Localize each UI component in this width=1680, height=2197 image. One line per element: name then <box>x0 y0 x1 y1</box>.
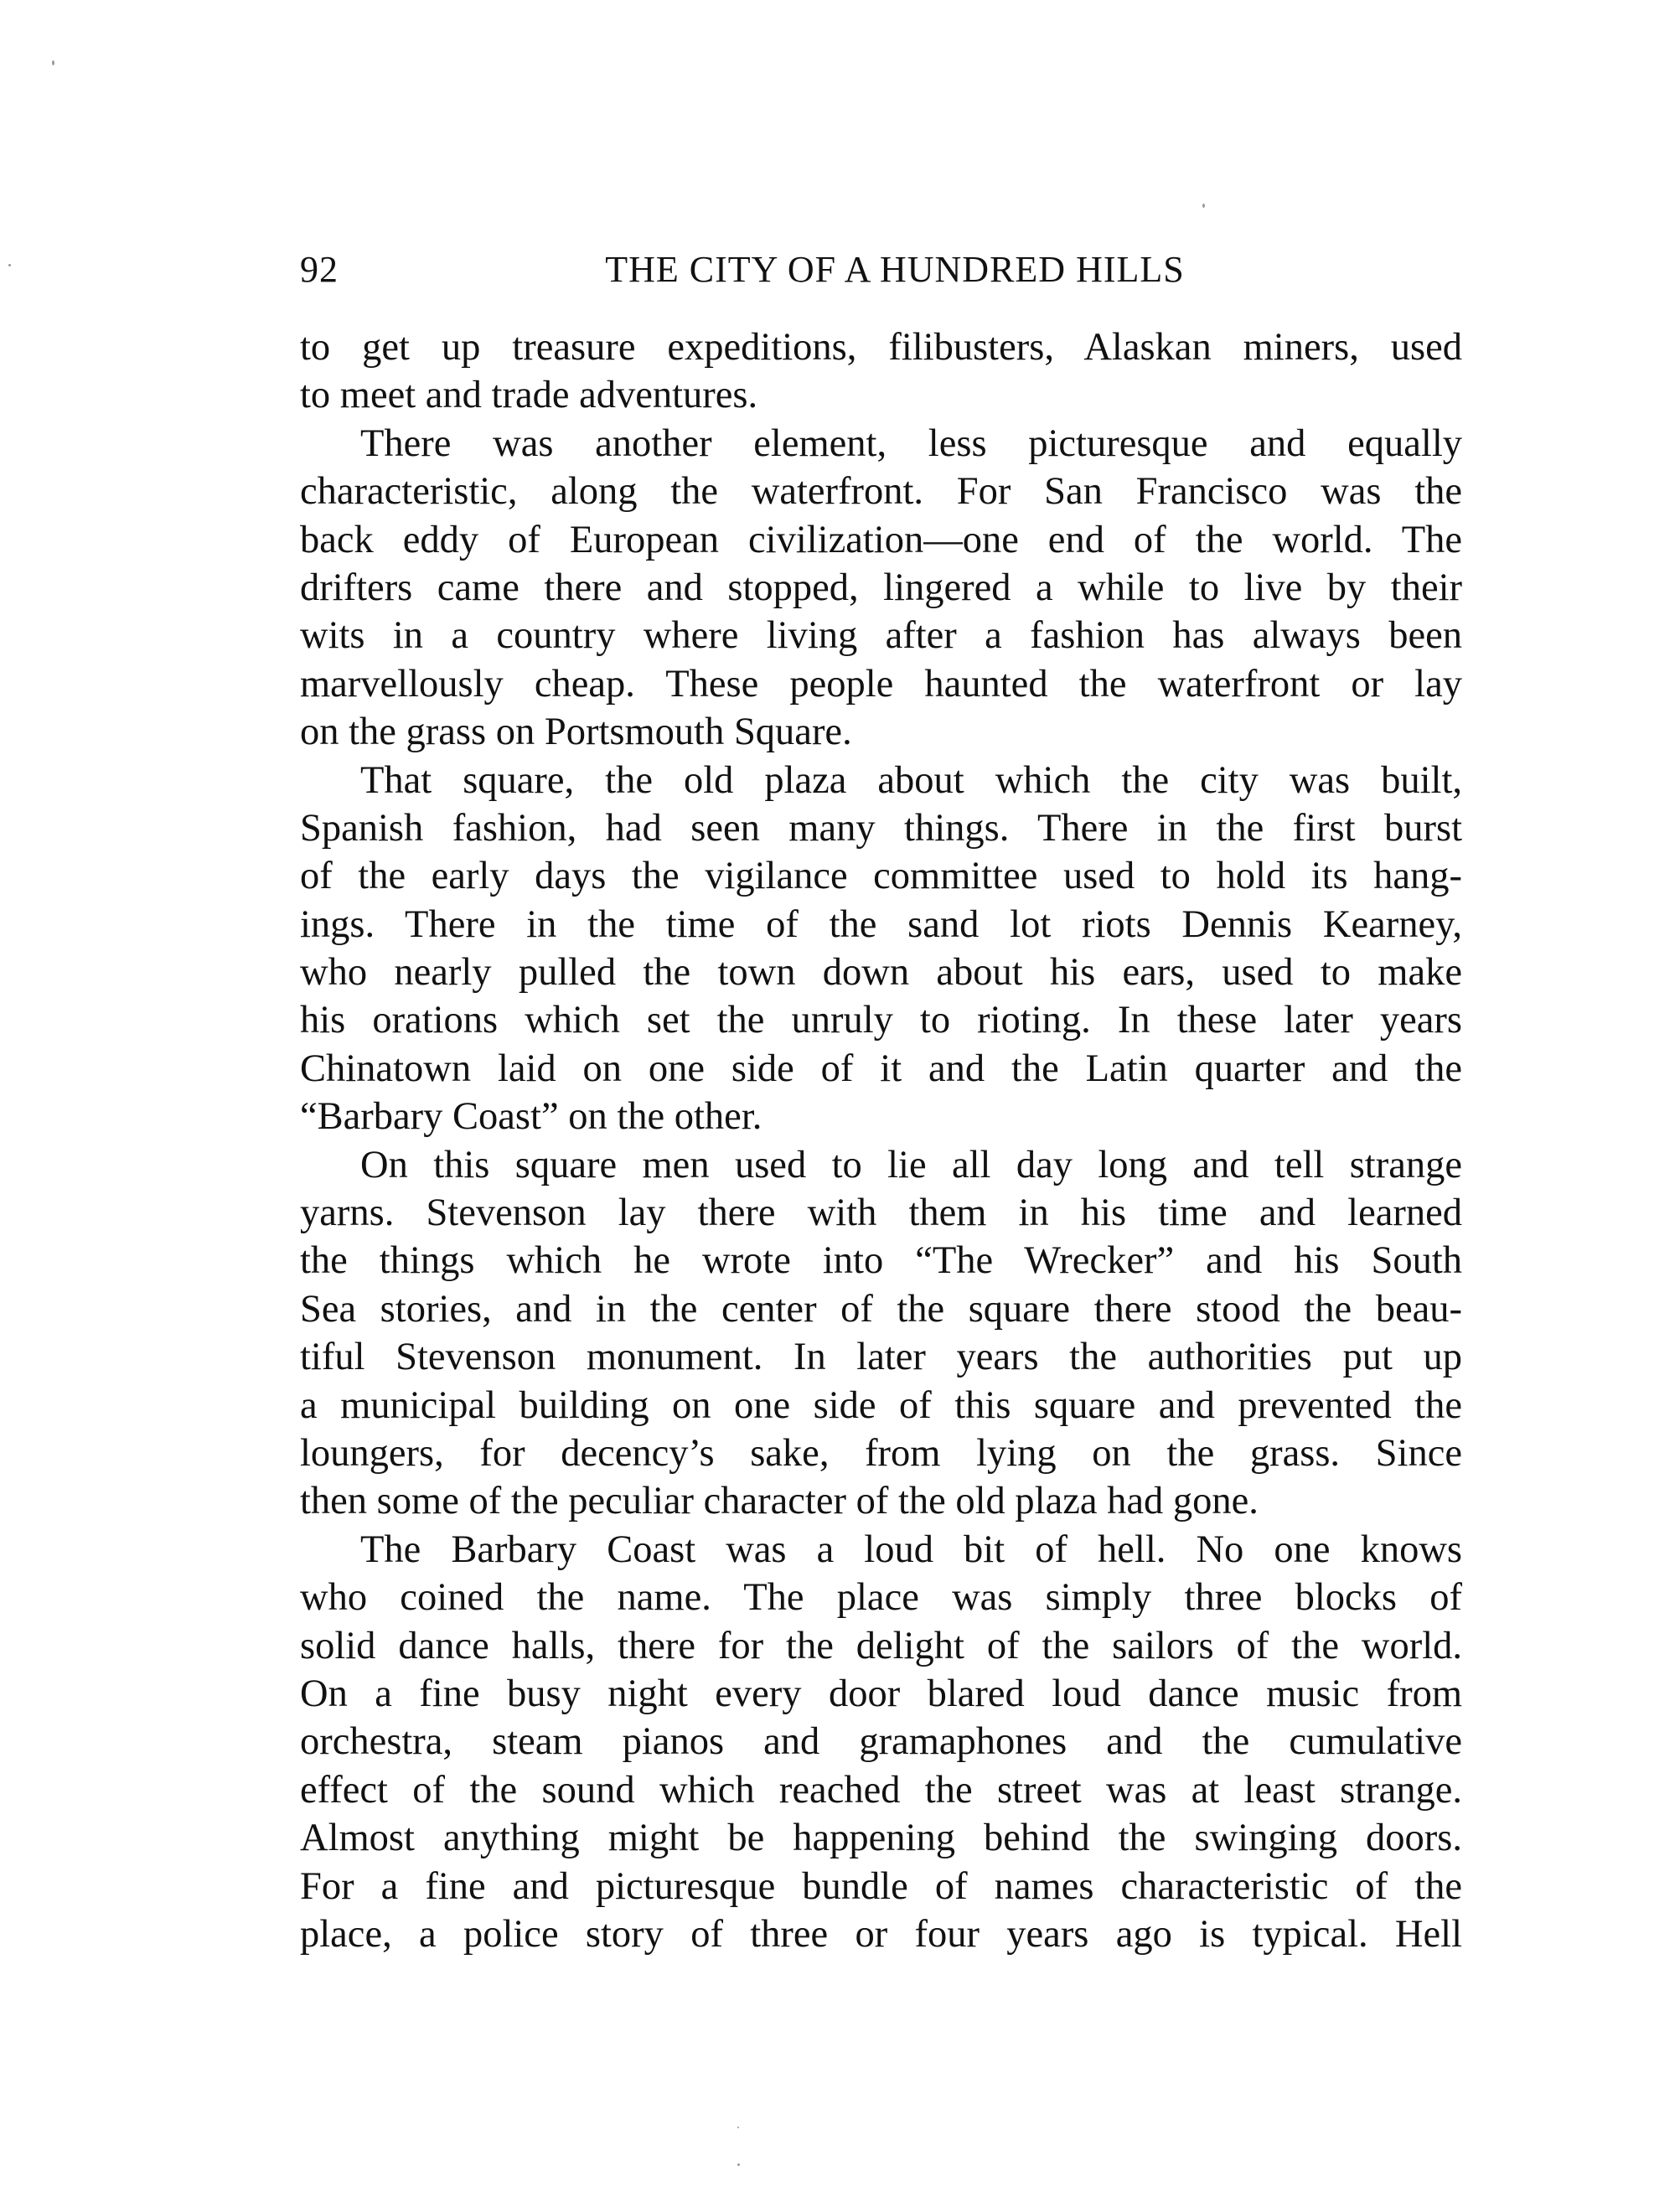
text-line: There was another element, less pictures… <box>300 420 1462 468</box>
paragraph: On this square men used to lie all day l… <box>300 1141 1462 1526</box>
text-line: to get up treasure expeditions, filibust… <box>300 323 1462 371</box>
text-line: Sea stories, and in the center of the sq… <box>300 1285 1462 1333</box>
running-head: 92 THE CITY OF A HUNDRED HILLS <box>300 245 1465 295</box>
scan-speck <box>52 60 54 65</box>
scan-speck <box>1202 204 1205 208</box>
text-line: Spanish fashion, had seen many things. T… <box>300 804 1462 852</box>
text-line: “Barbary Coast” on the other. <box>300 1093 1462 1140</box>
paragraph: That square, the old plaza about which t… <box>300 757 1462 1141</box>
text-line: That square, the old plaza about which t… <box>300 757 1462 804</box>
text-line: On this square men used to lie all day l… <box>300 1141 1462 1189</box>
text-line: back eddy of European civilization—one e… <box>300 516 1462 564</box>
text-line: The Barbary Coast was a loud bit of hell… <box>300 1526 1462 1574</box>
text-line: who coined the name. The place was simpl… <box>300 1574 1462 1621</box>
text-line: Chinatown laid on one side of it and the… <box>300 1045 1462 1093</box>
paragraph: There was another element, less pictures… <box>300 420 1462 757</box>
text-line: his orations which set the unruly to rio… <box>300 996 1462 1044</box>
text-line: On a fine busy night every door blared l… <box>300 1670 1462 1718</box>
text-line: ings. There in the time of the sand lot … <box>300 901 1462 949</box>
text-line: For a fine and picturesque bundle of nam… <box>300 1863 1462 1910</box>
paragraph: The Barbary Coast was a loud bit of hell… <box>300 1526 1462 1959</box>
text-line: place, a police story of three or four y… <box>300 1910 1462 1958</box>
text-line: wits in a country where living after a f… <box>300 612 1462 659</box>
text-line: a municipal building on one side of this… <box>300 1382 1462 1429</box>
text-line: Almost anything might be happening behin… <box>300 1814 1462 1862</box>
body-text: to get up treasure expeditions, filibust… <box>300 323 1462 1958</box>
text-line: yarns. Stevenson lay there with them in … <box>300 1189 1462 1237</box>
paragraph: to get up treasure expeditions, filibust… <box>300 323 1462 420</box>
text-line: to meet and trade adventures. <box>300 371 1462 419</box>
text-line: of the early days the vigilance committe… <box>300 852 1462 900</box>
text-line: effect of the sound which reached the st… <box>300 1766 1462 1814</box>
scan-speck <box>737 2127 739 2128</box>
scan-speck <box>8 264 11 266</box>
text-line: solid dance halls, there for the delight… <box>300 1622 1462 1670</box>
text-line: characteristic, along the waterfront. Fo… <box>300 468 1462 515</box>
text-line: tiful Stevenson monument. In later years… <box>300 1333 1462 1381</box>
text-line: on the grass on Portsmouth Square. <box>300 708 1462 756</box>
text-line: who nearly pulled the town down about hi… <box>300 949 1462 996</box>
text-line: the things which he wrote into “The Wrec… <box>300 1237 1462 1285</box>
text-line: marvellously cheap. These people haunted… <box>300 660 1462 708</box>
text-line: drifters came there and stopped, lingere… <box>300 564 1462 612</box>
text-line: loungers, for decency’s sake, from lying… <box>300 1429 1462 1477</box>
scan-speck <box>737 2163 740 2166</box>
book-page: 92 THE CITY OF A HUNDRED HILLS to get up… <box>0 0 1680 2197</box>
text-line: then some of the peculiar character of t… <box>300 1477 1462 1525</box>
text-line: orchestra, steam pianos and gramaphones … <box>300 1718 1462 1765</box>
running-title: THE CITY OF A HUNDRED HILLS <box>300 245 1465 295</box>
